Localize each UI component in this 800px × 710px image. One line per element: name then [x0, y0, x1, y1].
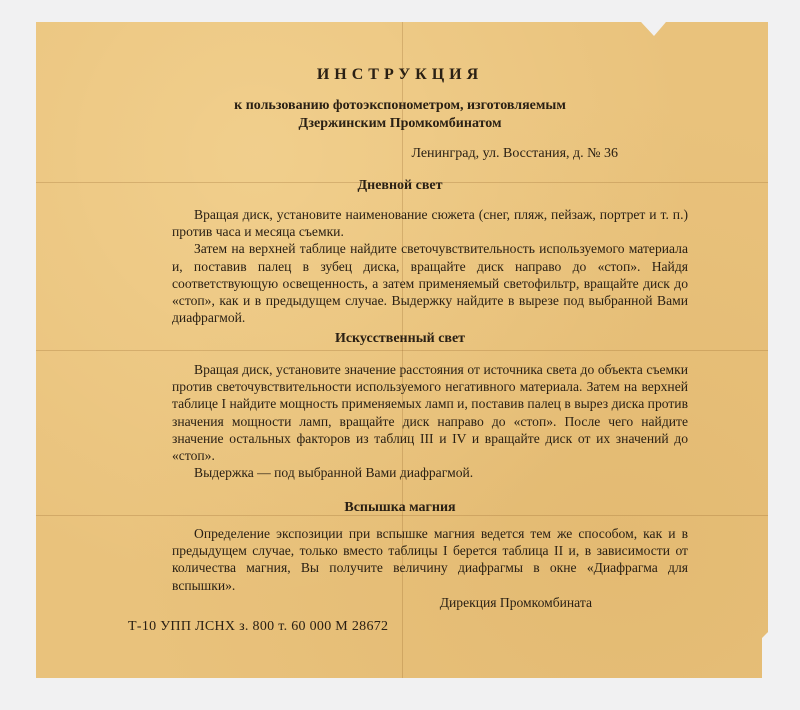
signature: Дирекция Промкомбината [440, 595, 592, 611]
document-title: ИНСТРУКЦИЯ [0, 66, 800, 84]
section-heading-daylight: Дневной свет [0, 178, 800, 194]
paragraph: Определение экспозиции при вспышке магни… [172, 525, 688, 594]
paragraph: Вращая диск, установите значение расстоя… [172, 361, 688, 464]
paragraph: Затем на верхней таблице найдите светочу… [172, 240, 688, 326]
section-body-magnesium-flash: Определение экспозиции при вспышке магни… [172, 525, 688, 594]
section-body-daylight: Вращая диск, установите наименование сюж… [172, 206, 688, 326]
paragraph: Выдержка — под выбранной Вами диафрагмой… [172, 464, 688, 481]
subtitle-line: Дзержинским Промкомбинатом [0, 115, 800, 133]
document-subtitle: к пользованию фотоэкспонометром, изготов… [0, 97, 800, 133]
section-heading-artificial-light: Искусственный свет [0, 331, 800, 347]
paragraph: Вращая диск, установите наименование сюж… [172, 206, 688, 240]
address: Ленинград, ул. Восстания, д. № 36 [411, 146, 618, 162]
section-heading-magnesium-flash: Вспышка магния [0, 500, 800, 516]
section-body-artificial-light: Вращая диск, установите значение расстоя… [172, 361, 688, 481]
subtitle-line: к пользованию фотоэкспонометром, изготов… [0, 97, 800, 115]
print-imprint: Т-10 УПП ЛСНХ з. 800 т. 60 000 М 28672 [128, 619, 388, 635]
